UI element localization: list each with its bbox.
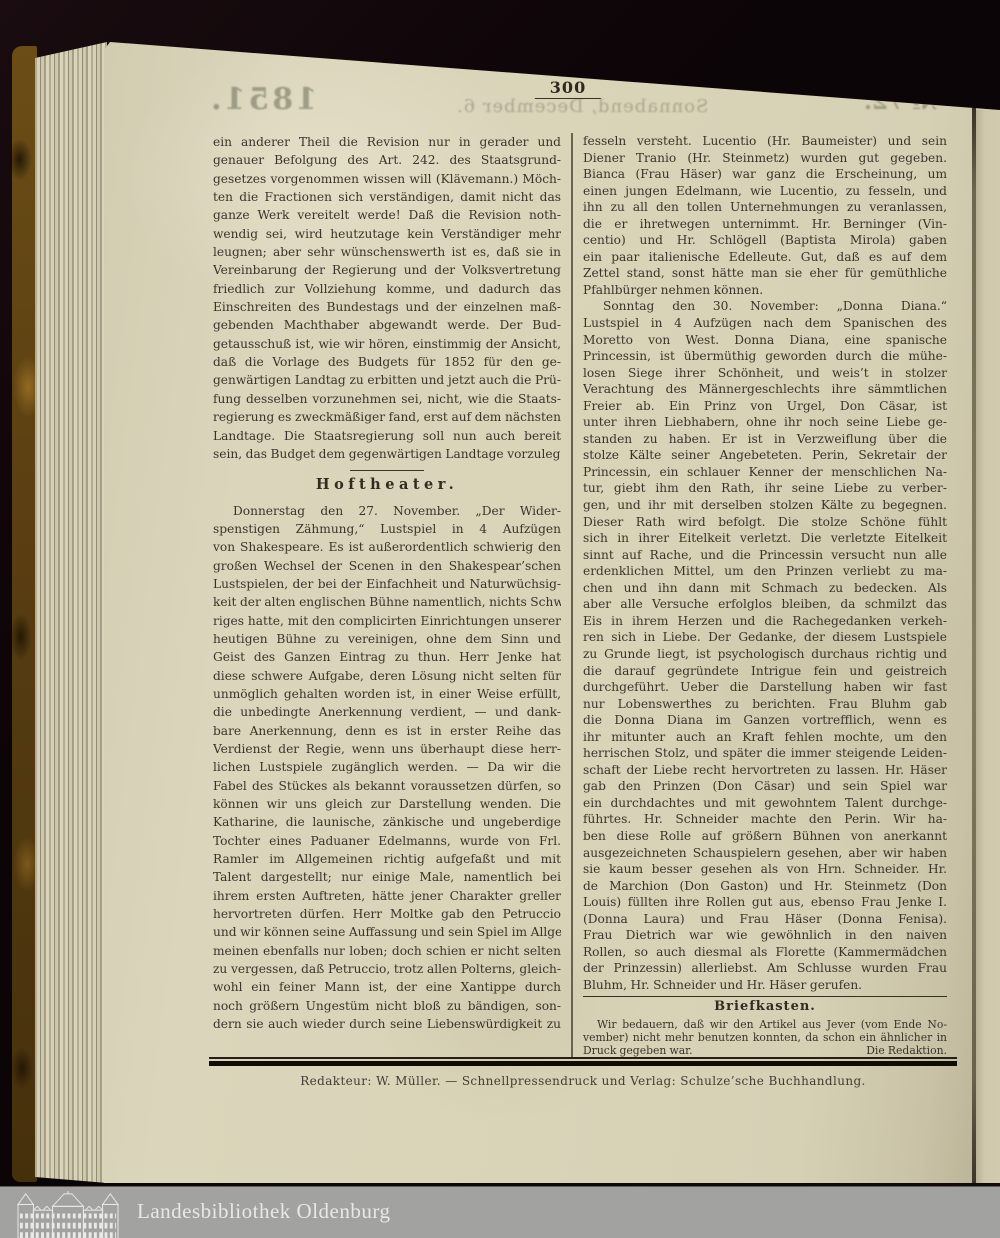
imprint-line: Redakteur: W. Müller. — Schnellpressendr… (209, 1074, 957, 1088)
text-line: getausschuß ist, wie wir hören, einstimm… (213, 335, 561, 353)
text-line: Princessin, ein schlauer Kenner der mens… (583, 464, 947, 481)
text-line: lichen Lustspiele zugänglich werden. — D… (213, 758, 561, 776)
text-line: (Donna Laura) und Frau Häser (Donna Feni… (583, 911, 947, 928)
paragraph: fesseln versteht. Lucentio (Hr. Baumeist… (583, 133, 947, 298)
text-line: spenstigen Zähmung,“ Lustspiel in 4 Aufz… (213, 520, 561, 538)
paragraph: Sonntag den 30. November: „Donna Diana.“… (583, 298, 947, 993)
bottom-double-rule (209, 1057, 957, 1066)
text-line: ganze Werk vereitelt werde! Daß die Revi… (213, 206, 561, 224)
text-line: leugnen; aber sehr wünschenswerth ist es… (213, 243, 561, 261)
text-line: Geist des Ganzen Eintrag zu thun. Herr J… (213, 648, 561, 666)
text-line: erdenklichen Mittel, um den Prinzen verl… (583, 563, 947, 580)
text-line: ren sich in Liebe. Der Gedanke, der dies… (583, 629, 947, 646)
text-line: ihn zu all den tollen Unternehmungen zu … (583, 199, 947, 216)
text-line: Diener Tranio (Hr. Steinmetz) wurden gut… (583, 150, 947, 167)
text-line: keit der alten englischen Bühne namentli… (213, 593, 561, 611)
text-line: ein durchdachtes und mit gewohntem Talen… (583, 795, 947, 812)
text-line: ihrem ersten Auftreten, hätte jener Char… (213, 887, 561, 905)
text-line: zu vergessen, daß Petruccio, trotz allen… (213, 960, 561, 978)
next-page-edge (976, 110, 1000, 1183)
text-line: unmöglich gehalten worden ist, in einer … (213, 685, 561, 703)
text-line: ten die Fractionen sich verständigen, da… (213, 188, 561, 206)
text-line: hervortreten dürfen. Herr Moltke gab den… (213, 905, 561, 923)
book-page: 1851. Sonnabend, December 6. № 72. 300 e… (104, 36, 1000, 1183)
text-line: einen jungen Edelmann, wie Lucentio, zu … (583, 183, 947, 200)
text-line: Wir bedauern, daß wir den Artikel aus Je… (583, 1019, 947, 1032)
section-divider-rule (350, 470, 424, 471)
text-line: ein anderer Theil die Revision nur in ge… (213, 133, 561, 151)
text-line: ben diese Rolle auf größern Bühnen von a… (583, 828, 947, 845)
text-line: Sonntag den 30. November: „Donna Diana.“ (583, 298, 947, 315)
text-line: gebenden Machthaber abgewandt werde. Der… (213, 316, 561, 334)
note-last-text: Druck gegeben war. (583, 1045, 693, 1058)
text-line: wohl ein feiner Mann ist, der eine Xanti… (213, 978, 561, 996)
text-line: Zettel stand, sonst hätte man sie eher f… (583, 265, 947, 282)
briefkasten-heading: Briefkasten. (583, 999, 947, 1016)
text-line: großen Wechsel der Scenen in den Shakesp… (213, 557, 561, 575)
paragraph: Donnerstag den 27. November. „Der Wider-… (213, 502, 561, 1034)
text-line: vember) nicht mehr benutzen konnten, da … (583, 1032, 947, 1045)
text-line: gen, und ihr mit derselben stolzen Kälte… (583, 497, 947, 514)
text-line: riges hatte, mit den complicirten Einric… (213, 612, 561, 630)
book-cover-edge (12, 46, 37, 1182)
text-line: de Marchion (Don Gaston) und Hr. Steinme… (583, 878, 947, 895)
text-line: sinnt auf Rache, und die Princessin vers… (583, 547, 947, 564)
text-line: wendig sei, wird heutzutage kein Verstän… (213, 225, 561, 243)
text-line: gab den Prinzen (Don Cäsar) und sein Spi… (583, 778, 947, 795)
text-line: Vereinbarung der Regierung und der Volks… (213, 261, 561, 279)
text-line: sich in ihrer Eitelkeit verletzt. Die ve… (583, 530, 947, 547)
text-line: bare Anerkennung, denn es ist in erster … (213, 722, 561, 740)
text-line: führtes. Hr. Schneider machte den Perin.… (583, 811, 947, 828)
left-column: ein anderer Theil die Revision nur in ge… (213, 133, 561, 1034)
text-line: Dieser Rath wird befolgt. Die stolze Sch… (583, 514, 947, 531)
text-line: Freier ab. Ein Prinz von Urgel, Don Cäsa… (583, 398, 947, 415)
column-rule (583, 996, 947, 997)
library-name-label: Landesbibliothek Oldenburg (137, 1199, 391, 1224)
text-line: chen und ihn dann mit Schmach zu bedecke… (583, 580, 947, 597)
text-line: Talent dargestellt; nur einige Male, nam… (213, 868, 561, 886)
text-line: sie kaum besser gesehen als von Hrn. Sch… (583, 861, 947, 878)
text-line: Landtage. Die Staatsregierung soll nun a… (213, 427, 561, 445)
text-line: fung desselben vorzunehmen sei, nicht, w… (213, 390, 561, 408)
text-line: regierung es zweckmäßiger fand, erst auf… (213, 408, 561, 426)
text-line: daß die Vorlage des Budgets für 1852 für… (213, 353, 561, 371)
text-line: Fabel des Stückes als bekannt voraussetz… (213, 777, 561, 795)
text-line: herrischen Stolz, und später die immer s… (583, 745, 947, 762)
note-signature-line: Druck gegeben war.Die Redaktion. (583, 1045, 947, 1058)
section-heading: Hoftheater. (213, 476, 561, 494)
text-line: gesetzes vorgenommen wissen will (Klävem… (213, 170, 561, 188)
text-line: Bianca (Frau Häser) war ganz die Erschei… (583, 166, 947, 183)
text-line: Katharine, die launische, zänkische und … (213, 813, 561, 831)
text-line: genwärtigen Landtag zu erbitten und jetz… (213, 371, 561, 389)
briefkasten-note: Wir bedauern, daß wir den Artikel aus Je… (583, 1019, 947, 1058)
text-line: Tochter eines Paduaner Edelmanns, wurde … (213, 832, 561, 850)
ghost-masthead-year: 1851. (208, 82, 317, 117)
text-line: ihr mitunter auch an Kraft fehlen mochte… (583, 729, 947, 746)
library-building-icon (13, 1190, 123, 1238)
text-line: schaft der Liebe recht hervortreten zu l… (583, 762, 947, 779)
note-signature: Die Redaktion. (866, 1045, 947, 1058)
text-line: diese schwere Aufgabe, deren Lösung nich… (213, 667, 561, 685)
text-line: standen zu haben. Er ist in Verzweiflung… (583, 431, 947, 448)
text-line: Louis) füllten ihre Rollen gut aus, eben… (583, 894, 947, 911)
text-line: die er ihretwegen unternimmt. Hr. Bernin… (583, 216, 947, 233)
text-line: stolze Kälte seiner Angebeteten. Perin, … (583, 447, 947, 464)
text-line: genauer Befolgung des Art. 242. des Staa… (213, 151, 561, 169)
text-line: Rollen, so auch diesmal als Florette (Ka… (583, 944, 947, 961)
text-line: der Prinzessin) allerliebst. Am Schlusse… (583, 960, 947, 977)
text-line: Donnerstag den 27. November. „Der Wider- (213, 502, 561, 520)
text-line: Lustspielen, der bei der Einfachheit und… (213, 575, 561, 593)
paragraph: ein anderer Theil die Revision nur in ge… (213, 133, 561, 463)
text-line: losen Siege ihrer Schönheit, und weis’t … (583, 365, 947, 382)
text-line: Eis in ihrem Herzen und die Rachegedanke… (583, 613, 947, 630)
text-line: ausgezeichneten Schauspielern gesehen, a… (583, 845, 947, 862)
text-line: heutigen Bühne zu vereinigen, ohne dem S… (213, 630, 561, 648)
text-line: aber alle Versuche erfolglos bleiben, da… (583, 596, 947, 613)
text-line: die unbedingte Anerkennung verdient, — u… (213, 703, 561, 721)
library-watermark-bar: Landesbibliothek Oldenburg (0, 1187, 1000, 1238)
page-number: 300 (535, 78, 601, 99)
text-line: Frau Dietrich war wie gewöhnlich in den … (583, 927, 947, 944)
text-line: Pfahlbürger nehmen können. (583, 282, 947, 299)
text-line: dern sie auch wieder durch seine Liebens… (213, 1015, 561, 1033)
text-line: sein, das Budget dem gegenwärtigen Landt… (213, 445, 561, 463)
text-line: friedlich zur Vollziehung komme, und dad… (213, 280, 561, 298)
page-edges-stack (35, 40, 107, 1183)
text-line: Princessin, ist übermüthig geworden durc… (583, 348, 947, 365)
text-line: nur Lobenswerthes zu berichten. Frau Blu… (583, 696, 947, 713)
text-line: zu Grunde liegt, ist psychologisch durch… (583, 646, 947, 663)
text-line: fesseln versteht. Lucentio (Hr. Baumeist… (583, 133, 947, 150)
text-line: Lustspiel in 4 Aufzügen nach dem Spanisc… (583, 315, 947, 332)
text-line: können wir uns gleich zur Darstellung we… (213, 795, 561, 813)
text-line: centio) und Hr. Schlögell (Baptista Miro… (583, 232, 947, 249)
text-line: Bluhm, Hr. Schneider und Hr. Häser geruf… (583, 977, 947, 994)
text-line: von Shakespeare. Es ist außerordentlich … (213, 538, 561, 556)
text-line: noch größern Ungestüm nicht bloß zu bänd… (213, 997, 561, 1015)
column-divider (571, 133, 573, 1058)
text-line: ein paar italienische Edelleute. Gut, da… (583, 249, 947, 266)
ghost-masthead-date: Sonnabend, December 6. (456, 96, 708, 117)
text-line: Verachtung des Männergeschlechts ihre sä… (583, 381, 947, 398)
text-line: Verdienst der Regie, wenn uns überhaupt … (213, 740, 561, 758)
text-line: meinen ebenfalls nur loben; doch schien … (213, 942, 561, 960)
text-line: die darauf gegründete Intrigue fein und … (583, 663, 947, 680)
text-line: die Donna Diana im Ganzen vortrefflich, … (583, 712, 947, 729)
text-line: durchgeführt. Ueber die Darstellung habe… (583, 679, 947, 696)
right-column: fesseln versteht. Lucentio (Hr. Baumeist… (583, 133, 947, 1058)
text-line: Moretto von West. Donna Diana, eine span… (583, 332, 947, 349)
text-line: unter ihren Liebhabern, ohne ihr noch se… (583, 414, 947, 431)
text-line: Einschreiten des Bundestags und der einz… (213, 298, 561, 316)
text-line: Ramler im Allgemeinen richtig aufgefaßt … (213, 850, 561, 868)
text-line: tur, giebt ihm den Rath, ihr seine Liebe… (583, 480, 947, 497)
text-line: und wir können seine Auffassung und sein… (213, 923, 561, 941)
